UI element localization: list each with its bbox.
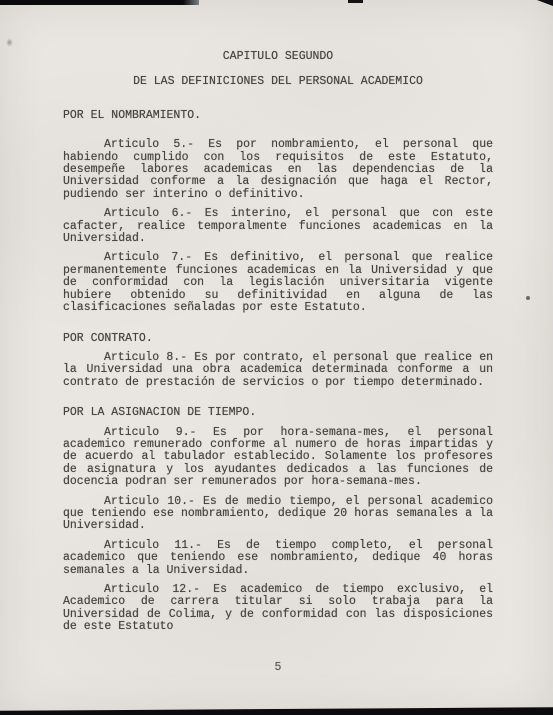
paragraph-articulo-5: Articulo 5.- Es por nombramiento, el per… xyxy=(63,139,493,201)
paragraph-articulo-10: Articulo 10.- Es de medio tiempo, el per… xyxy=(63,496,493,533)
document-body: CAPITULO SEGUNDO DE LAS DEFINICIONES DEL… xyxy=(63,51,493,634)
scan-artifact-corner-wedge xyxy=(537,0,553,6)
section-heading-nombramiento: POR EL NOMBRAMIENTO. xyxy=(63,110,493,122)
paragraph-articulo-12: Articulo 12.- Es academico de tiempo exc… xyxy=(63,584,493,634)
scan-artifact-dot xyxy=(526,296,530,300)
scan-artifact-smudge xyxy=(6,38,13,47)
page-number: 5 xyxy=(63,661,493,674)
paragraph-articulo-11: Articulo 11.- Es de tiempo completo, el … xyxy=(63,540,493,577)
paragraph-articulo-9: Articulo 9.- Es por hora-semana-mes, el … xyxy=(63,427,493,489)
scan-artifact-bottom-bar xyxy=(0,705,553,715)
paragraph-articulo-6: Articulo 6.- Es interino, el personal qu… xyxy=(63,208,493,245)
section-heading-contrato: POR CONTRATO. xyxy=(63,333,493,345)
scan-artifact-top-bar-fragment xyxy=(348,0,363,3)
scanned-document-page: CAPITULO SEGUNDO DE LAS DEFINICIONES DEL… xyxy=(0,0,553,715)
chapter-subtitle: DE LAS DEFINICIONES DEL PERSONAL ACADEMI… xyxy=(63,76,493,88)
paragraph-articulo-7: Articulo 7.- Es definitivo, el personal … xyxy=(63,252,493,314)
scan-artifact-top-bar xyxy=(0,0,199,5)
section-heading-asignacion-de-tiempo: POR LA ASIGNACION DE TIEMPO. xyxy=(63,407,493,419)
paragraph-articulo-8: Articulo 8.- Es por contrato, el persona… xyxy=(63,352,493,389)
chapter-title: CAPITULO SEGUNDO xyxy=(63,51,493,63)
